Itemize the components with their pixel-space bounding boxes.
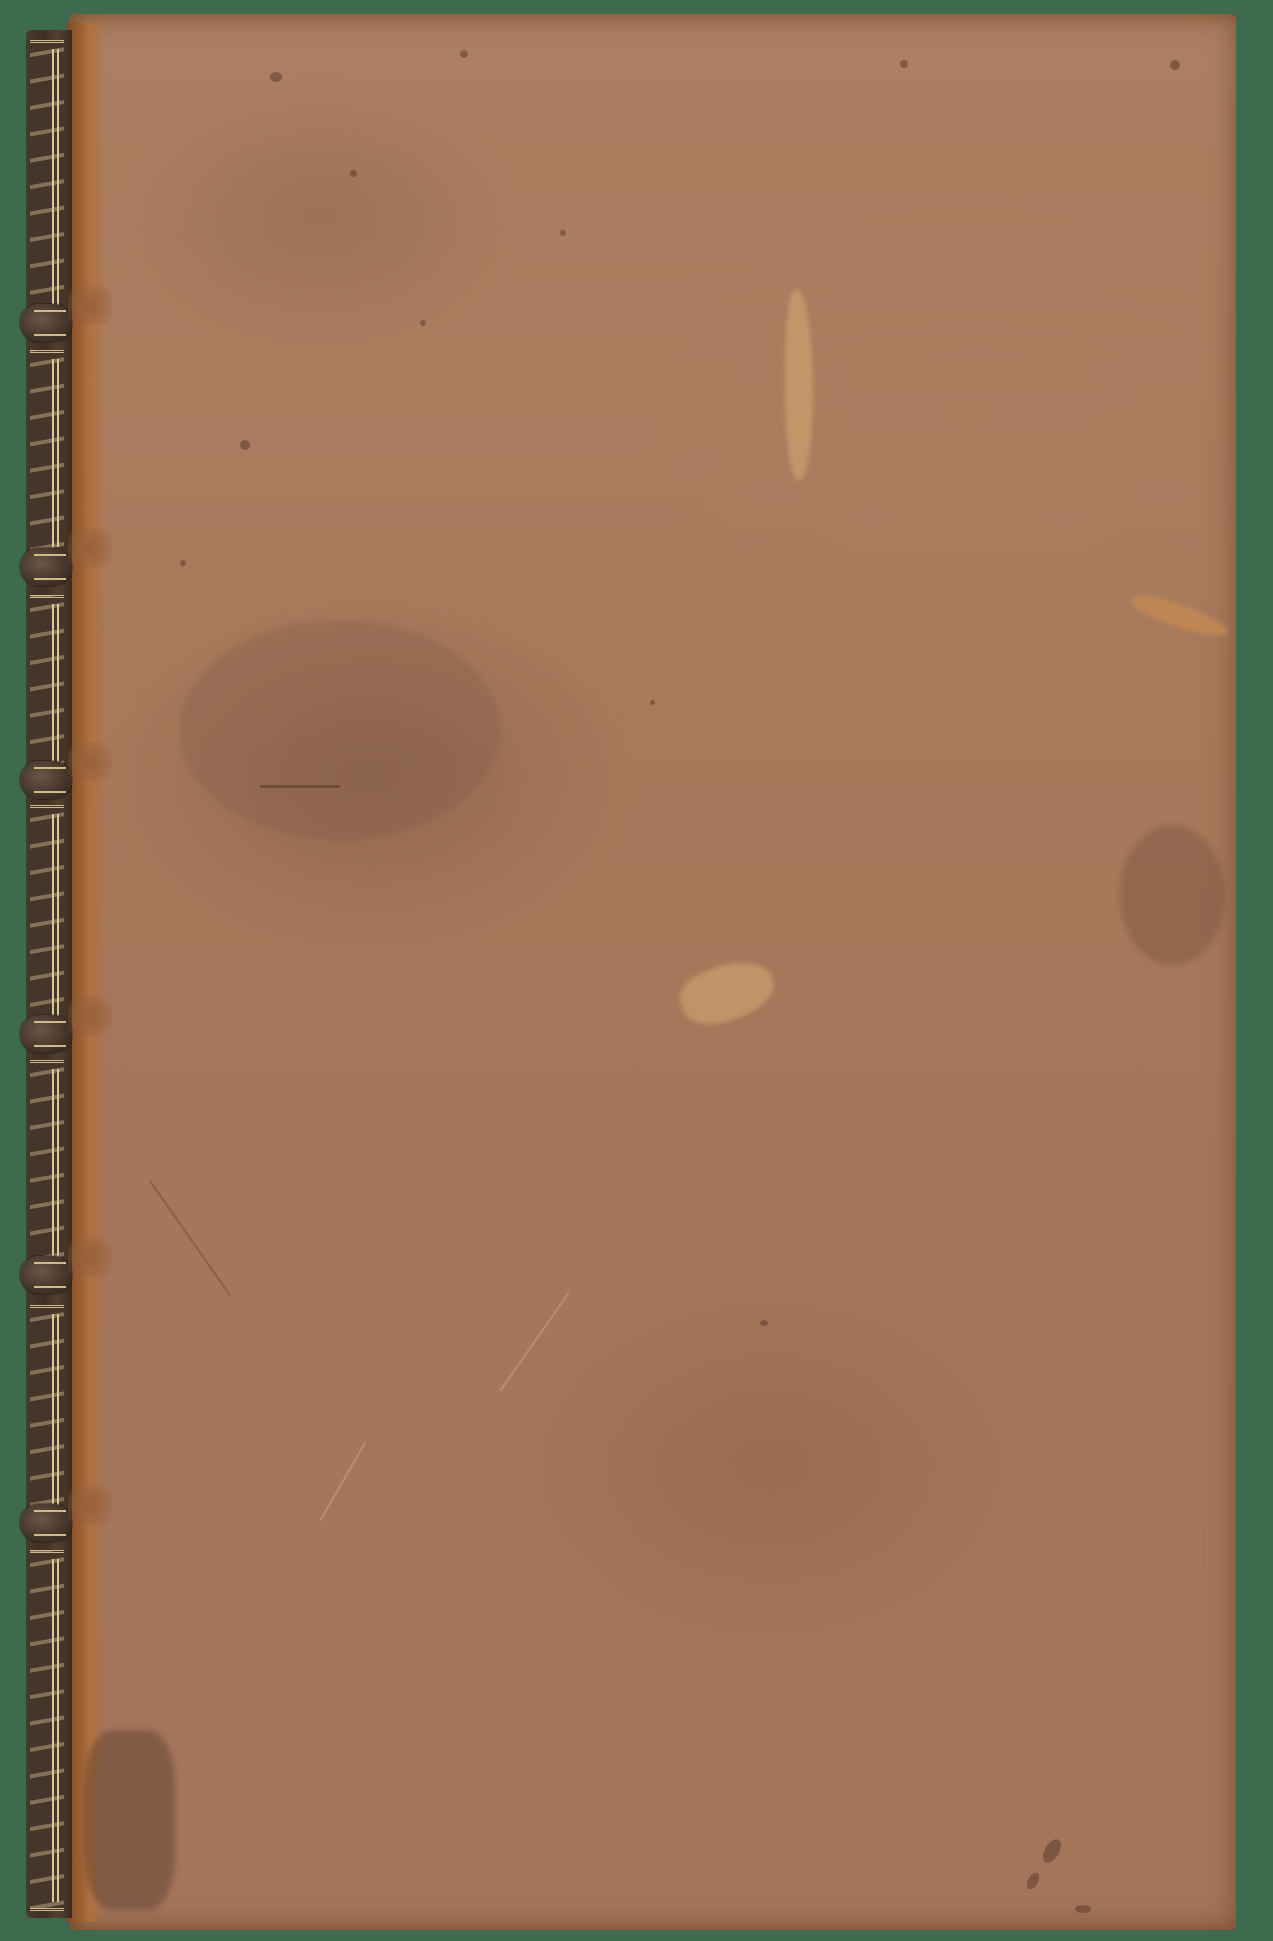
spine-panel — [30, 350, 64, 556]
water-stain — [1120, 825, 1225, 965]
speck — [180, 560, 186, 566]
dark-patch-lower-left — [85, 1730, 175, 1910]
cord-bulge — [68, 1485, 112, 1525]
spine-panel — [30, 40, 64, 316]
book-spine — [26, 30, 72, 1918]
book-front-cover — [70, 14, 1236, 1930]
spine-panel — [30, 595, 64, 771]
speck — [460, 50, 468, 58]
book-photo — [0, 0, 1273, 1941]
speck — [260, 785, 340, 788]
cord-bulge — [68, 528, 112, 568]
spine-panel — [30, 805, 64, 1026]
cord-bulge — [68, 285, 112, 325]
cord-bulge — [68, 742, 112, 782]
raised-band — [20, 761, 72, 799]
speck — [1170, 60, 1180, 70]
cord-bulge — [68, 1237, 112, 1277]
cord-bulge — [68, 996, 112, 1036]
speck — [900, 60, 908, 68]
speck — [650, 700, 655, 705]
speck — [760, 1320, 768, 1326]
spine-panel — [30, 1060, 64, 1271]
speck — [240, 440, 250, 450]
spine-panel — [30, 1550, 64, 1911]
raised-band — [20, 304, 72, 342]
speck — [420, 320, 426, 326]
speck — [560, 230, 566, 236]
dark-mark — [1075, 1905, 1091, 1913]
spine-panel — [30, 1305, 64, 1516]
raised-band — [20, 1504, 72, 1542]
dark-patch-mid-left — [180, 620, 500, 840]
raised-band — [20, 548, 72, 586]
speck — [270, 72, 282, 82]
raised-band — [20, 1015, 72, 1053]
raised-band — [20, 1256, 72, 1294]
speck — [350, 170, 357, 177]
